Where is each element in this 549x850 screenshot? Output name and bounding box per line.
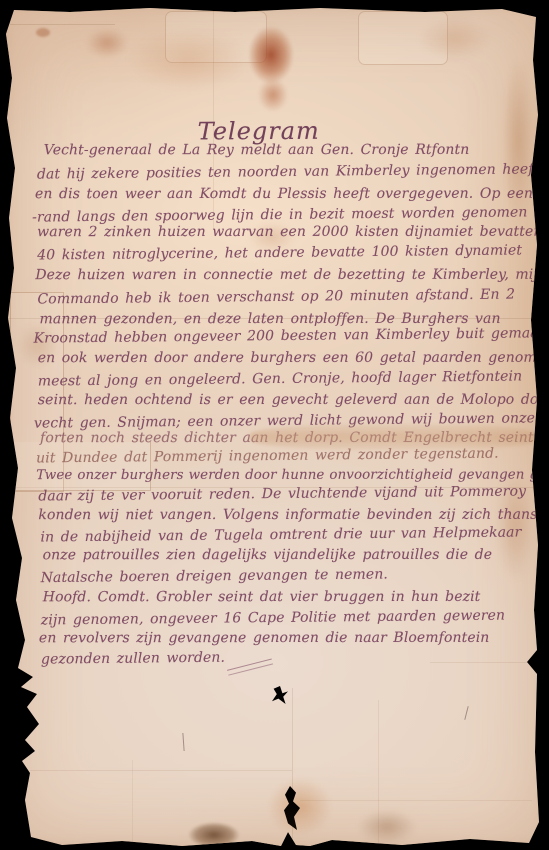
handwritten-line: dat hij zekere posities ten noorden van … (37, 161, 540, 183)
handwritten-line: Hoofd. Comdt. Grobler seint dat vier bru… (43, 589, 481, 606)
handwritten-line: onze patrouilles zien dagelijks vijandel… (43, 547, 493, 564)
handwritten-line: Vecht-generaal de La Rey meldt aan Gen. … (44, 142, 470, 159)
handwritten-line: meest al jong en ongeleerd. Gen. Cronje,… (38, 368, 523, 390)
photo-background: Telegram Vecht-generaal de La Rey meldt … (0, 0, 549, 850)
handwritten-line: in de nabijheid van de Tugela omtrent dr… (40, 524, 521, 546)
handwritten-line: zijn genomen, ongeveer 16 Cape Politie m… (41, 608, 505, 630)
handwritten-line: konden wij niet vangen. Volgens informat… (38, 507, 537, 524)
paper: Telegram Vecht-generaal de La Rey meldt … (0, 0, 549, 850)
handwritten-line: gezonden zullen worden. (41, 650, 225, 669)
handwritten-line: Deze huizen waren in connectie met de be… (35, 267, 547, 284)
underline-flourish (227, 659, 273, 676)
handwritten-line: Twee onzer burghers werden door hunne on… (36, 467, 549, 484)
handwritten-line: uit Dundee dat Pommerij ingenomen werd z… (36, 446, 499, 468)
handwritten-line: 40 kisten nitroglycerine, het andere bev… (37, 242, 522, 264)
handwritten-text: Telegram Vecht-generaal de La Rey meldt … (0, 0, 549, 850)
handwritten-line: Natalsche boeren dreigen gevangen te nem… (41, 566, 388, 587)
handwritten-line: seint. heden ochtend is er een gevecht g… (38, 392, 549, 409)
handwritten-line: waren 2 zinken huizen waarvan een 2000 k… (37, 224, 542, 241)
handwritten-line: daar zij te ver vooruit reden. De vlucht… (38, 483, 526, 505)
handwritten-line: en revolvers zijn gevangene genomen die … (39, 630, 489, 647)
handwritten-line: Commando heb ik toen verschanst op 20 mi… (37, 286, 515, 308)
handwritten-line: forten noch steeds dichter aan het dorp.… (40, 430, 534, 447)
handwritten-line: en ook werden door andere burghers een 6… (38, 350, 549, 367)
handwritten-line: en dis toen weer aan Komdt du Plessis he… (35, 186, 533, 203)
handwritten-line: Kroonstad hebben ongeveer 200 beesten va… (34, 325, 549, 347)
